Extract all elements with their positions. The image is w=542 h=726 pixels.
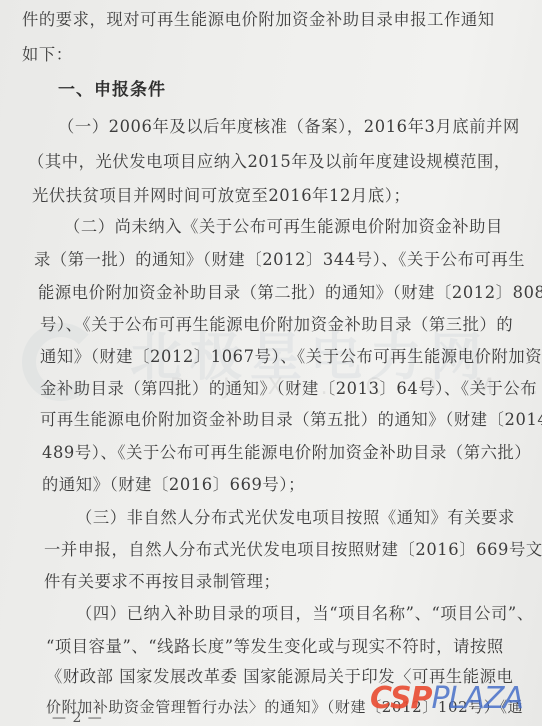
- text-line: （其中，光伏发电项目应纳入2015年及以前年度建设规模范围，: [28, 152, 511, 172]
- text-line: （二）尚未纳入《关于公布可再生能源电价附加资金补助目: [64, 217, 503, 237]
- csp-plaza-logo: CSPPLAZA: [370, 684, 523, 714]
- text-line: 金补助目录（第四批）的通知》（财建〔2013〕64号）、《关于公布: [40, 379, 537, 399]
- section-heading: 一、申报条件: [58, 80, 166, 100]
- text-line: 录（第一批）的通知》（财建〔2012〕344号）、《关于公布可再生: [34, 250, 525, 270]
- logo-part-plaza: PLAZA: [432, 681, 523, 716]
- text-line: 如下：: [22, 45, 73, 65]
- text-line: 件有关要求不再按目录制管理；: [44, 572, 280, 592]
- text-line: 489号）、《关于公布可再生能源电价附加资金补助目录（第六批）: [42, 443, 531, 463]
- text-line: 光伏扶贫项目并网时间可放宽至2016年12月底）；: [32, 186, 410, 206]
- text-line: 可再生能源电价附加资金补助目录（第五批）的通知》（财建〔2014〕: [40, 410, 542, 430]
- text-line: “项目容量”、“线路长度”等发生变化或与现实不符时，请按照: [46, 637, 504, 657]
- text-line: 能源电价附加资金补助目录（第二批）的通知》（财建〔2012〕808: [38, 283, 542, 303]
- text-line: （三）非自然人分布式光伏发电项目按照《通知》有关要求: [76, 508, 515, 528]
- logo-part-csp: CSP: [370, 681, 432, 716]
- text-line: 一并申报，自然人分布式光伏发电项目按照财建〔2016〕669号文: [44, 540, 542, 560]
- document-page: 北极星电力网 BJX.COM.CN 件的要求，现对可再生能源电价附加资金补助目录…: [0, 0, 542, 726]
- text-line: 通知》（财建〔2012〕1067号）、《关于公布可再生能源电价附加资: [40, 347, 542, 367]
- page-number: — 2 —: [52, 710, 103, 726]
- text-line: （四）已纳入补助目录的项目，当“项目名称”、“项目公司”、: [76, 604, 534, 624]
- text-line: 的通知》（财建〔2016〕669号）；: [42, 475, 305, 495]
- text-line: 件的要求，现对可再生能源电价附加资金补助目录申报工作通知: [22, 10, 495, 30]
- text-line: （一）2006年及以后年度核准（备案），2016年3月底前并网: [58, 117, 520, 137]
- text-line: 号）、《关于公布可再生能源电价附加资金补助目录（第三批）的: [40, 315, 513, 335]
